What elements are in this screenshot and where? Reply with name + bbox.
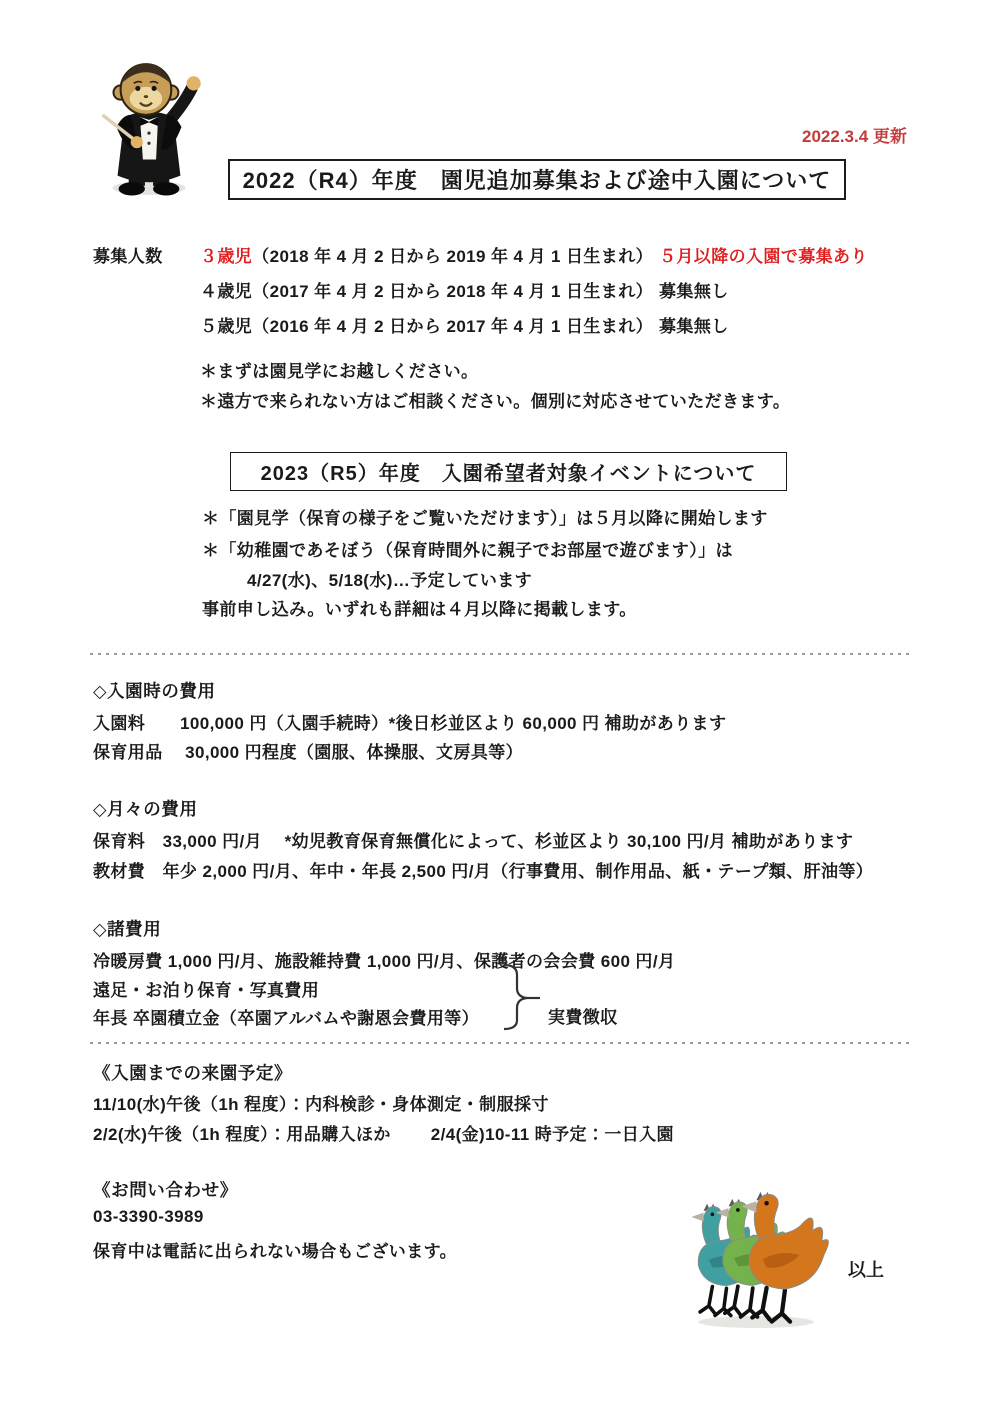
three-ducks-illustration	[686, 1190, 838, 1330]
visit-schedule-line-2: 2/2(水)午後（1h 程度）：用品購入ほか 2/4(金)10-11 時予定：一…	[93, 1120, 674, 1145]
age4-note: 募集無し	[659, 282, 729, 301]
dotted-divider-bottom	[90, 1042, 910, 1044]
title-2022-recruit-text: 2022（R4）年度 園児追加募集および途中入園について	[243, 164, 832, 195]
age4-label: ４歳児	[200, 282, 252, 301]
orange-duck	[741, 1192, 828, 1322]
title-2022-recruit: 2022（R4）年度 園児追加募集および途中入園について	[228, 159, 846, 200]
actual-cost-label: 実費徴収	[548, 1003, 618, 1028]
misc-braced-line-2: 年長 卒園積立金（卒園アルバムや謝恩会費用等）	[93, 1004, 479, 1029]
event-line-3: 4/27(水)、5/18(水)…予定しています	[247, 566, 532, 591]
event-line-2: ＊「幼稚園であそぼう（保育時間外に親子でお部屋で遊びます）」は	[202, 536, 733, 561]
age4-detail: （2017 年 4 月 2 日から 2018 年 4 月 1 日生まれ）	[252, 282, 653, 301]
contact-heading: 《お問い合わせ》	[93, 1177, 238, 1202]
conductor-monkey-illustration	[86, 56, 214, 198]
age3-detail: （2018 年 4 月 2 日から 2019 年 4 月 1 日生まれ）	[252, 247, 653, 266]
updated-date: 2022.3.4 更新	[802, 122, 907, 147]
three-ducks-icon	[686, 1190, 838, 1330]
title-2023-events-text: 2023（R5）年度 入園希望者対象イベントについて	[261, 457, 757, 486]
recruit-row-age5: ５歳児（2016 年 4 月 2 日から 2017 年 4 月 1 日生まれ）募…	[200, 312, 729, 337]
contact-phone: 03-3390-3989	[93, 1207, 204, 1227]
contact-note: 保育中は電話に出られない場合もございます。	[93, 1237, 457, 1262]
conductor-monkey-icon	[86, 56, 214, 198]
age5-label: ５歳児	[200, 317, 252, 336]
misc-fee-line-1: 冷暖房費 1,000 円/月、施設維持費 1,000 円/月、保護者の会会費 6…	[93, 947, 675, 972]
monthly-fee-line-2: 教材費 年少 2,000 円/月、年中・年長 2,500 円/月（行事費用、制作…	[93, 857, 873, 882]
event-line-1: ＊「園見学（保育の様子をご覧いただけます）」は５月以降に開始します	[202, 504, 768, 529]
visit-schedule-heading: 《入園までの来園予定》	[93, 1060, 292, 1085]
age3-note: ５月以降の入園で募集あり	[659, 247, 868, 266]
closing-label: 以上	[848, 1256, 884, 1282]
event-line-4: 事前申し込み。いずれも詳細は４月以降に掲載します。	[202, 595, 637, 620]
monthly-fee-line-1: 保育料 33,000 円/月 *幼児教育保育無償化によって、杉並区より 30,1…	[93, 827, 853, 852]
recruit-note-2: ＊遠方で来られない方はご相談ください。個別に対応させていただきます。	[200, 387, 790, 412]
title-2023-events: 2023（R5）年度 入園希望者対象イベントについて	[230, 452, 787, 491]
recruit-row-age4: ４歳児（2017 年 4 月 2 日から 2018 年 4 月 1 日生まれ）募…	[200, 277, 729, 302]
recruit-row-age3: ３歳児（2018 年 4 月 2 日から 2019 年 4 月 1 日生まれ）５…	[200, 242, 868, 267]
recruit-note-1: ＊まずは園見学にお越しください。	[200, 357, 478, 382]
notice-document-page: 2022.3.4 更新 2022（R4）年度 園児追加募集および途中入園について…	[0, 0, 1000, 1414]
age5-detail: （2016 年 4 月 2 日から 2017 年 4 月 1 日生まれ）	[252, 317, 653, 336]
recruit-count-label: 募集人数	[93, 242, 163, 267]
entry-fees-heading: ◇入園時の費用	[93, 678, 216, 703]
misc-braced-line-1: 遠足・お泊り保育・写真費用	[93, 976, 319, 1001]
age5-note: 募集無し	[659, 317, 729, 336]
entry-fee-line-2: 保育用品 30,000 円程度（園服、体操服、文房具等）	[93, 738, 523, 763]
entry-fee-line-1: 入園料 100,000 円（入園手続時）*後日杉並区より 60,000 円 補助…	[93, 709, 726, 734]
monthly-fees-heading: ◇月々の費用	[93, 796, 198, 821]
age3-label: ３歳児	[200, 247, 252, 266]
visit-schedule-line-1: 11/10(水)午後（1h 程度）：内科検診・身体測定・制服採寸	[93, 1090, 549, 1115]
actual-cost-brace-icon	[500, 962, 542, 1032]
dotted-divider-top	[90, 653, 910, 655]
misc-fees-heading: ◇諸費用	[93, 916, 161, 941]
